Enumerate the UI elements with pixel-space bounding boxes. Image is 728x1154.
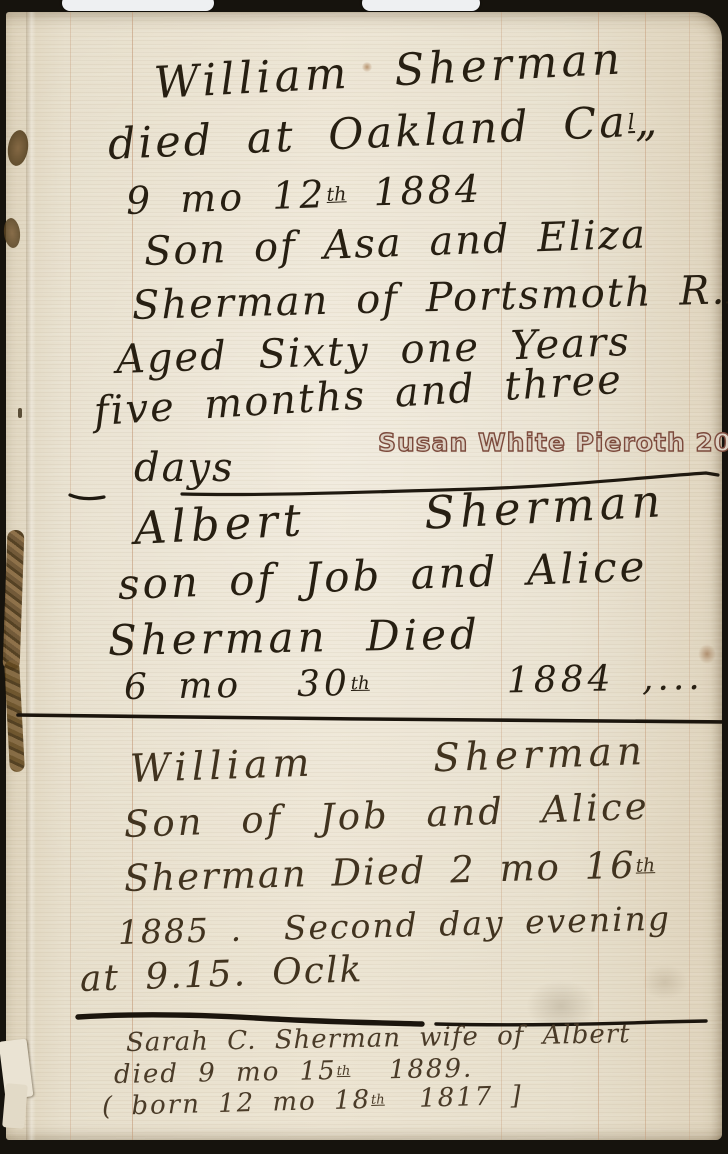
journal-page-paper: William Sherman died at Oakland Cal„ 9 m… [6, 12, 722, 1140]
handwriting-text: 1885 . Second day evening [117, 899, 671, 952]
handwriting-line: Son of Job and Alice [123, 788, 650, 843]
handwriting-text: Son of Asa and Eliza [143, 211, 647, 275]
ledger-rule-line [70, 12, 71, 1140]
scanned-journal-page: William Sherman died at Oakland Cal„ 9 m… [0, 0, 728, 1154]
mount-tab-left [62, 0, 214, 11]
handwriting-text: 1884 [346, 167, 483, 216]
handwriting-line: at 9.15. Oclk [79, 952, 364, 998]
age-stain [642, 964, 688, 1000]
mount-tab-center [362, 0, 480, 11]
handwriting-line: 1885 . Second day evening [118, 902, 672, 949]
handwriting-line: days [134, 448, 235, 488]
handwriting-line: died at Oakland Cal„ [107, 100, 661, 167]
superscript: th [371, 1092, 385, 1107]
handwriting-text: Sarah C. Sherman wife of Albert [126, 1019, 631, 1058]
ledger-rule-line [689, 12, 690, 1140]
handwriting-text: died 9 mo 15 [114, 1056, 337, 1090]
handwriting-text: at 9.15. Oclk [79, 949, 364, 1000]
handwriting-text: 1817 ] [384, 1081, 523, 1115]
superscript: th [635, 855, 655, 876]
handwriting-line: son of Job and Alice [117, 546, 648, 606]
superscript: th [326, 183, 347, 206]
binding-cord [3, 530, 25, 671]
handwriting-text: „ [634, 96, 661, 147]
handwriting-text: days [134, 445, 235, 491]
handwriting-text: Sherman of Portsmoth R.I [131, 267, 728, 329]
handwriting-text: 9 mo 12 [125, 172, 327, 223]
handwriting-text: Son of Job and Alice [123, 785, 650, 846]
handwriting-line: Sherman Died [108, 613, 482, 662]
handwriting-line: Sarah C. Sherman wife of Albert [126, 1021, 631, 1056]
handwriting-line: William Sherman [153, 37, 625, 106]
torn-paper-remnant [2, 1083, 28, 1129]
handwriting-line: Son of Asa and Eliza [143, 214, 647, 272]
handwriting-text: Sherman Died [108, 609, 482, 665]
handwriting-line: Sherman of Portsmoth R.I [131, 270, 728, 326]
handwriting-text: 1889. [350, 1054, 473, 1086]
handwriting-line: 9 mo 12th 1884 [125, 170, 482, 220]
copyright-watermark: Susan White Pieroth 2004 [378, 428, 728, 457]
ink-divider-2 [18, 715, 722, 722]
handwriting-text: died at Oakland Ca [107, 97, 629, 170]
handwriting-text: ( born 12 mo 18 [102, 1085, 372, 1122]
binding-cord [4, 660, 25, 773]
superscript: th [351, 673, 370, 694]
binding-glue-spot [2, 217, 21, 249]
handwriting-text: 1884 ,... [369, 657, 704, 704]
superscript: th [337, 1064, 351, 1079]
ink-divider-3 [78, 1015, 422, 1024]
binding-crease [26, 12, 36, 1140]
handwriting-text: Sherman Died 2 mo 16 [123, 844, 636, 900]
ink-speck [18, 408, 22, 418]
handwriting-text: 6 mo 30 [124, 663, 352, 708]
handwriting-line: William Sherman [129, 732, 647, 789]
handwriting-line: 6 mo 30th 1884 ,... [124, 660, 704, 706]
handwriting-line: Sherman Died 2 mo 16th [124, 846, 656, 897]
handwriting-text: William Sherman [153, 33, 626, 109]
handwriting-text: William Sherman [129, 729, 647, 792]
